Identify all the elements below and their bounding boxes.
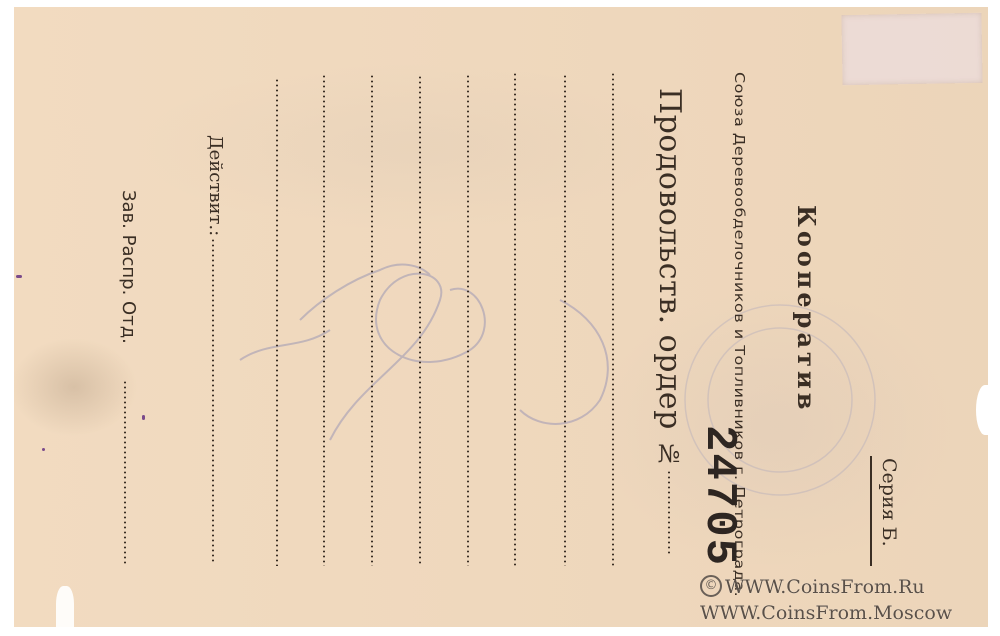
ink-spot bbox=[42, 448, 45, 451]
copyright-icon: © bbox=[700, 575, 722, 597]
order-number-dotted-line bbox=[668, 470, 670, 555]
coupon-column-line bbox=[371, 74, 373, 566]
ink-spot bbox=[16, 275, 22, 278]
coupon-column-line bbox=[564, 74, 566, 566]
watermark-line-2: WWW.CoinsFrom.Moscow bbox=[700, 602, 952, 624]
valid-dotted-line bbox=[212, 238, 214, 564]
adhesive-tape bbox=[841, 13, 982, 85]
ration-order-paper bbox=[14, 7, 988, 627]
paper-notch bbox=[976, 385, 994, 435]
series-label: Серия Б. bbox=[878, 458, 900, 547]
coupon-column-line bbox=[419, 75, 421, 566]
signature-label: Зав. Распр. Отд. bbox=[118, 190, 139, 344]
order-number: 24705 bbox=[694, 425, 744, 567]
coupon-column-line bbox=[467, 74, 469, 566]
cooperative-header: Кооператив bbox=[792, 205, 821, 413]
coupon-column-line bbox=[323, 74, 325, 566]
coupon-column-line bbox=[612, 72, 614, 566]
valid-label: Действит.: bbox=[205, 135, 226, 236]
signature-dotted-line bbox=[124, 380, 126, 566]
coupon-column-line bbox=[514, 72, 516, 566]
ink-spot bbox=[142, 415, 145, 420]
series-rule bbox=[870, 456, 872, 566]
coupon-column-line bbox=[276, 78, 278, 566]
paper-tear bbox=[56, 586, 74, 631]
order-title-text: Продовольств. ордер bbox=[652, 88, 687, 430]
watermark-line-1: WWW.CoinsFrom.Ru bbox=[725, 576, 925, 598]
order-title: Продовольств. ордер № bbox=[652, 88, 687, 468]
number-sign: № bbox=[655, 440, 683, 469]
